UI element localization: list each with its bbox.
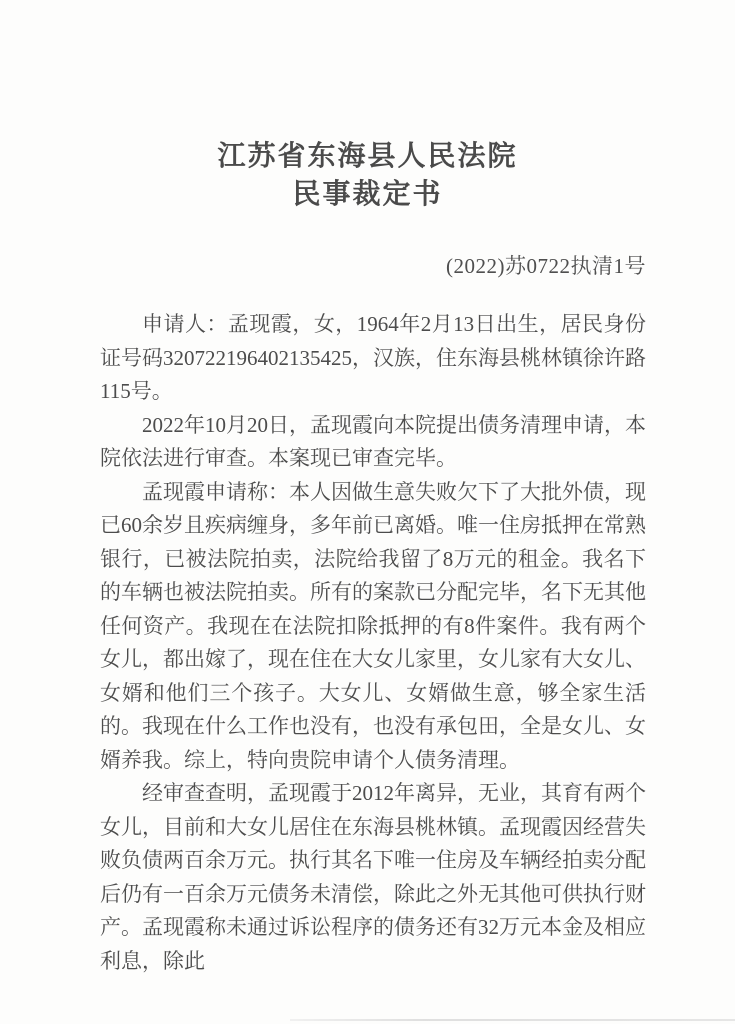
case-number: (2022)苏0722执清1号 [100,250,646,280]
paragraph-application-date: 2022年10月20日，孟现霞向本院提出债务清理申请，本院依法进行审查。本案现已… [100,409,646,476]
document-body: 申请人：孟现霞，女，1964年2月13日出生，居民身份证号码3207221964… [100,308,646,978]
scan-edge-artifact [290,1019,735,1021]
page-number: 1 [0,918,735,934]
document-header: 江苏省东海县人民法院 民事裁定书 [0,138,735,214]
paragraph-court-findings: 经审查查明，孟现霞于2012年离异，无业，其育有两个女儿，目前和大女儿居住在东海… [100,777,646,978]
paragraph-applicant-statement: 孟现霞申请称：本人因做生意失败欠下了大批外债，现已60余岁且疾病缠身，多年前已离… [100,476,646,778]
court-name: 江苏省东海县人民法院 [0,138,735,176]
paragraph-applicant-info: 申请人：孟现霞，女，1964年2月13日出生，居民身份证号码3207221964… [100,308,646,409]
document-title: 民事裁定书 [0,176,735,214]
document-page: 江苏省东海县人民法院 民事裁定书 (2022)苏0722执清1号 申请人：孟现霞… [0,0,735,1024]
